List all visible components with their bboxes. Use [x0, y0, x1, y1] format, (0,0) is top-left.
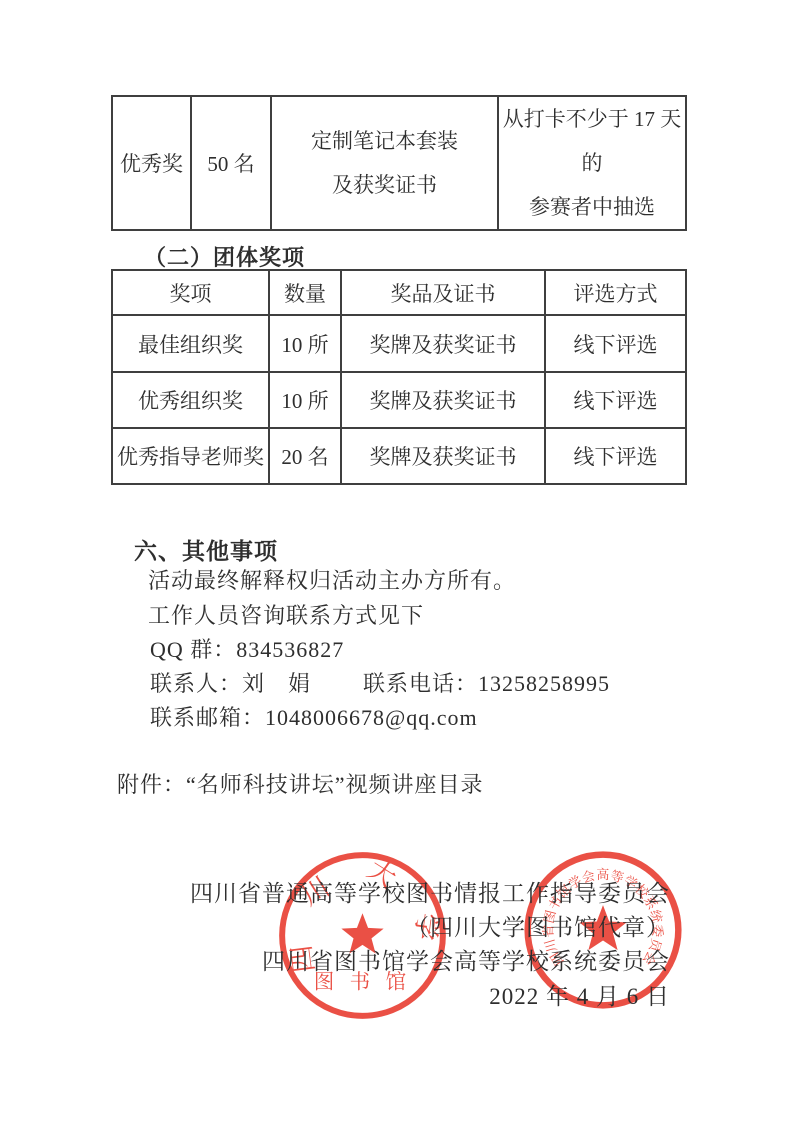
cell-count: 20 名 — [269, 428, 341, 484]
cell-method: 线下评选 — [545, 315, 686, 372]
signature-date: 2022 年 4 月 6 日 — [489, 978, 670, 1011]
document-page: 优秀奖 50 名 定制笔记本套装 及获奖证书 从打卡不少于 17 天的 参赛者中… — [0, 0, 793, 1122]
cell-prize: 奖牌及获奖证书 — [341, 428, 545, 484]
signature-org-2: 四川省图书馆学会高等学校系统委员会 — [262, 943, 670, 976]
header-award: 奖项 — [112, 270, 269, 315]
header-method: 评选方式 — [545, 270, 686, 315]
group-award-table: 奖项 数量 奖品及证书 评选方式 最佳组织奖 10 所 奖牌及获奖证书 线下评选… — [111, 269, 687, 485]
qq-group-line: QQ 群：834536827 — [150, 633, 344, 664]
cell-award: 优秀组织奖 — [112, 372, 269, 428]
award-method-cell: 从打卡不少于 17 天的 参赛者中抽选 — [498, 96, 686, 230]
cell-count: 10 所 — [269, 315, 341, 372]
signature-org-1-note: （四川大学图书馆代章） — [406, 909, 670, 942]
table-header-row: 奖项 数量 奖品及证书 评选方式 — [112, 270, 686, 315]
contact-line: 联系人：刘 娟 联系电话：13258258995 — [150, 667, 610, 698]
disclaimer-line: 活动最终解释权归活动主办方所有。 — [148, 564, 516, 595]
group-awards-heading: （二）团体奖项 — [144, 241, 305, 272]
contact-intro-line: 工作人员咨询联系方式见下 — [148, 599, 424, 630]
prize-line-1: 定制笔记本套装 — [272, 119, 497, 163]
cell-prize: 奖牌及获奖证书 — [341, 315, 545, 372]
contact-email-line: 联系邮箱：1048006678@qq.com — [150, 701, 478, 732]
attachment-line: 附件：“名师科技讲坛”视频讲座目录 — [117, 768, 484, 799]
other-matters-heading: 六、其他事项 — [134, 533, 278, 566]
cell-prize: 奖牌及获奖证书 — [341, 372, 545, 428]
header-prize: 奖品及证书 — [341, 270, 545, 315]
table-row: 优秀组织奖 10 所 奖牌及获奖证书 线下评选 — [112, 372, 686, 428]
method-line-2: 参赛者中抽选 — [499, 185, 685, 229]
contact-phone: 联系电话：13258258995 — [363, 671, 610, 696]
table-row: 优秀指导老师奖 20 名 奖牌及获奖证书 线下评选 — [112, 428, 686, 484]
award-prize-cell: 定制笔记本套装 及获奖证书 — [271, 96, 498, 230]
cell-method: 线下评选 — [545, 372, 686, 428]
signature-org-1: 四川省普通高等学校图书情报工作指导委员会 — [190, 875, 670, 908]
table-row: 优秀奖 50 名 定制笔记本套装 及获奖证书 从打卡不少于 17 天的 参赛者中… — [112, 96, 686, 230]
award-name-cell: 优秀奖 — [112, 96, 191, 230]
cell-count: 10 所 — [269, 372, 341, 428]
award-count-cell: 50 名 — [191, 96, 271, 230]
prize-line-2: 及获奖证书 — [272, 163, 497, 207]
cell-method: 线下评选 — [545, 428, 686, 484]
contact-person: 联系人：刘 娟 — [150, 671, 311, 696]
cell-award: 优秀指导老师奖 — [112, 428, 269, 484]
individual-award-table: 优秀奖 50 名 定制笔记本套装 及获奖证书 从打卡不少于 17 天的 参赛者中… — [111, 95, 687, 231]
table-row: 最佳组织奖 10 所 奖牌及获奖证书 线下评选 — [112, 315, 686, 372]
header-count: 数量 — [269, 270, 341, 315]
method-line-1: 从打卡不少于 17 天的 — [499, 97, 685, 185]
cell-award: 最佳组织奖 — [112, 315, 269, 372]
